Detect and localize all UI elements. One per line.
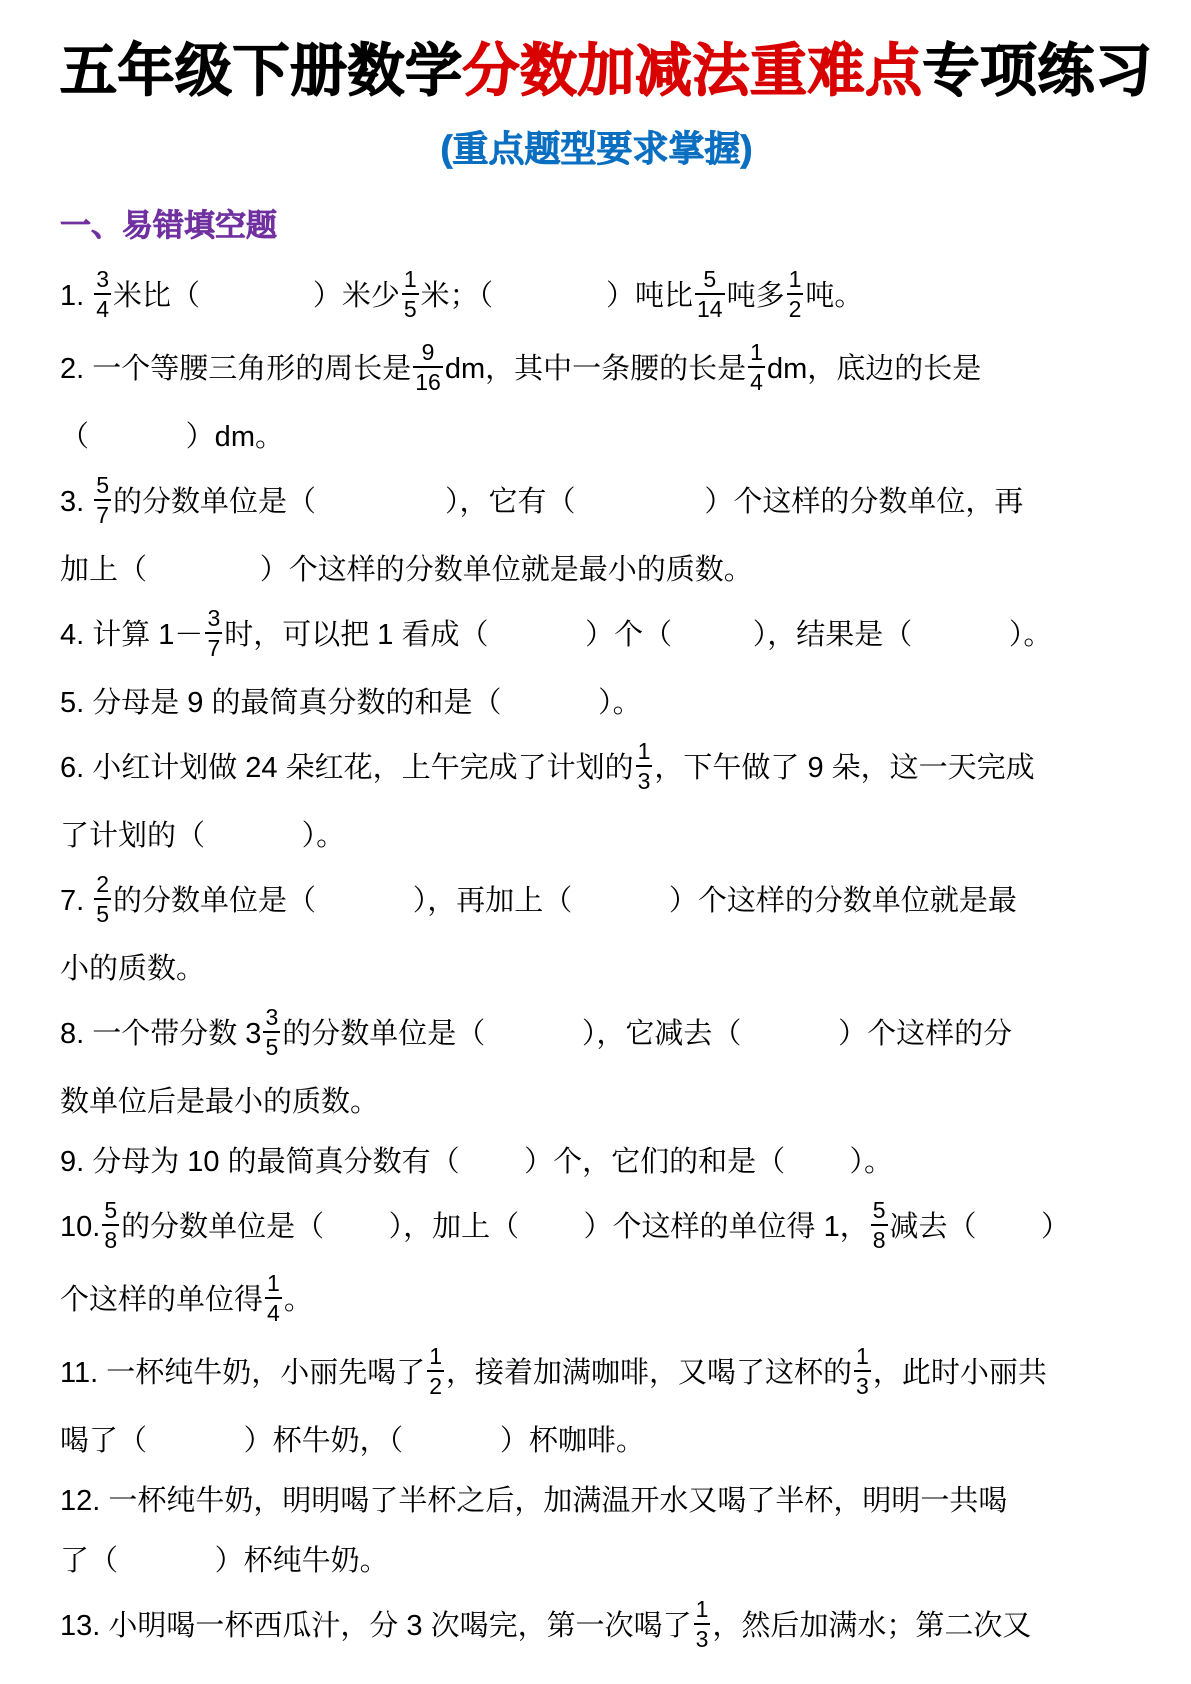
question-3-line-1: 3. 57的分数单位是（ ），它有（ ）个这样的分数单位，再 [60,477,1133,530]
fraction: 15 [402,268,419,321]
text-run: 5. 分母是 9 的最简真分数的和是（ ）。 [60,687,642,719]
fraction: 34 [94,268,111,321]
question-1-line-1: 1. 34米比（ ）米少15米；（ ）吨比514吨多12吨。 [60,271,1133,324]
page-subtitle: (重点题型要求掌握) [60,121,1133,172]
text-run: 的分数单位是（ ），加上（ ）个这样的单位得 1， [121,1211,869,1243]
question-10-line-2: 个这样的单位得14。 [60,1275,1133,1328]
fraction-numerator: 5 [871,1199,888,1224]
text-run: ，此时小丽共 [873,1357,1047,1389]
text-run: dm，底边的长是 [767,353,981,385]
question-8-line-2: 数单位后是最小的质数。 [60,1082,1133,1122]
fraction-denominator: 8 [102,1224,119,1252]
text-run: 的分数单位是（ ），再加上（ ）个这样的分数单位就是最 [113,885,1017,917]
fraction-denominator: 7 [205,632,222,660]
fraction-numerator: 1 [694,1598,711,1623]
fraction-numerator: 1 [787,268,804,293]
fraction-denominator: 7 [94,499,111,527]
text-run: 。 [284,1284,313,1316]
fraction: 57 [94,474,111,527]
fraction: 35 [263,1006,280,1059]
fraction-numerator: 3 [94,268,111,293]
question-7-line-1: 7. 25的分数单位是（ ），再加上（ ）个这样的分数单位就是最 [60,876,1133,929]
question-8-line-1: 8. 一个带分数 335的分数单位是（ ），它减去（ ）个这样的分 [60,1009,1133,1062]
text-run: 7. [60,885,92,917]
text-run: 12. 一杯纯牛奶，明明喝了半杯之后，加满温开水又喝了半杯，明明一共喝 [60,1485,1007,1517]
text-run: 11. 一杯纯牛奶，小丽先喝了 [60,1357,425,1389]
text-run: 小的质数。 [60,953,205,985]
text-run: 了（ ）杯纯牛奶。 [60,1545,389,1577]
title-part-left: 五年级下册数学 [60,39,463,103]
text-run: 3. [60,486,92,518]
question-2-line-2: （ ）dm。 [60,417,1133,457]
fraction: 37 [205,607,222,660]
fraction: 58 [871,1199,888,1252]
fraction-numerator: 1 [636,740,653,765]
fraction: 12 [427,1345,444,1398]
question-5-line-1: 5. 分母是 9 的最简真分数的和是（ ）。 [60,683,1133,723]
fraction-denominator: 3 [854,1370,871,1398]
fraction-denominator: 3 [694,1623,711,1651]
question-6-line-1: 6. 小红计划做 24 朵红花，上午完成了计划的13，下午做了 9 朵，这一天完… [60,743,1133,796]
fraction: 25 [94,873,111,926]
text-run: 数单位后是最小的质数。 [60,1086,379,1118]
fraction-numerator: 1 [402,268,419,293]
fraction: 58 [102,1199,119,1252]
text-run: ，接着加满咖啡，又喝了这杯的 [446,1357,852,1389]
fraction-denominator: 2 [787,293,804,321]
text-run: 米；（ ）吨比 [421,280,693,312]
fraction-numerator: 5 [701,268,718,293]
fraction-denominator: 5 [94,898,111,926]
fraction: 14 [265,1272,282,1325]
worksheet-page: 五年级下册数学分数加减法重难点专项练习 (重点题型要求掌握) 一、易错填空题 1… [0,0,1191,1654]
fraction-denominator: 5 [263,1031,280,1059]
question-7-line-2: 小的质数。 [60,949,1133,989]
question-10-line-1: 10.58的分数单位是（ ），加上（ ）个这样的单位得 1，58减去（ ） [60,1202,1133,1255]
text-run: 时，可以把 1 看成（ ）个（ ），结果是（ ）。 [224,619,1052,651]
text-run: ，然后加满水；第二次又 [712,1610,1031,1642]
text-run: 吨。 [805,280,863,312]
question-6-line-2: 了计划的（ ）。 [60,816,1133,856]
title-part-highlight: 分数加减法重难点 [463,39,923,103]
text-run: 的分数单位是（ ），它减去（ ）个这样的分 [282,1018,1012,1050]
question-12-line-1: 12. 一杯纯牛奶，明明喝了半杯之后，加满温开水又喝了半杯，明明一共喝 [60,1481,1133,1521]
question-11-line-2: 喝了（ ）杯牛奶，（ ）杯咖啡。 [60,1421,1133,1461]
text-run: ，下午做了 9 朵，这一天完成 [654,752,1034,784]
text-run: 加上（ ）个这样的分数单位就是最小的质数。 [60,554,753,586]
page-title: 五年级下册数学分数加减法重难点专项练习 [60,38,1133,105]
text-run: 4. 计算 1－ [60,619,203,651]
question-list: 1. 34米比（ ）米少15米；（ ）吨比514吨多12吨。2. 一个等腰三角形… [60,271,1133,1654]
text-run: 个这样的单位得 [60,1284,263,1316]
question-9-line-1: 9. 分母为 10 的最简真分数有（ ）个，它们的和是（ ）。 [60,1142,1133,1182]
question-13-line-1: 13. 小明喝一杯西瓜汁，分 3 次喝完，第一次喝了13，然后加满水；第二次又 [60,1601,1133,1654]
fraction: 13 [636,740,653,793]
fraction-denominator: 14 [695,293,725,321]
text-run: 1. [60,280,92,312]
fraction-denominator: 4 [265,1297,282,1325]
fraction-denominator: 5 [402,293,419,321]
question-11-line-1: 11. 一杯纯牛奶，小丽先喝了12，接着加满咖啡，又喝了这杯的13，此时小丽共 [60,1348,1133,1401]
fraction-numerator: 1 [265,1272,282,1297]
fraction-numerator: 3 [205,607,222,632]
fraction-numerator: 2 [94,873,111,898]
text-run: 10. [60,1211,100,1243]
text-run: 喝了（ ）杯牛奶，（ ）杯咖啡。 [60,1425,645,1457]
text-run: 8. 一个带分数 3 [60,1018,261,1050]
section-heading: 一、易错填空题 [60,200,1133,245]
text-run: 6. 小红计划做 24 朵红花，上午完成了计划的 [60,752,634,784]
fraction-denominator: 3 [636,765,653,793]
fraction-numerator: 5 [94,474,111,499]
fraction-denominator: 16 [413,366,443,394]
fraction-numerator: 5 [102,1199,119,1224]
fraction-numerator: 1 [854,1345,871,1370]
fraction-denominator: 8 [871,1224,888,1252]
fraction-numerator: 1 [427,1345,444,1370]
text-run: 的分数单位是（ ），它有（ ）个这样的分数单位，再 [113,486,1023,518]
fraction-denominator: 4 [748,366,765,394]
text-run: 13. 小明喝一杯西瓜汁，分 3 次喝完，第一次喝了 [60,1610,692,1642]
text-run: （ ）dm。 [60,421,284,453]
text-run: 米比（ ）米少 [113,280,400,312]
question-12-line-2: 了（ ）杯纯牛奶。 [60,1541,1133,1581]
fraction: 916 [413,341,443,394]
text-run: dm，其中一条腰的长是 [445,353,746,385]
fraction: 12 [787,268,804,321]
text-run: 了计划的（ ）。 [60,820,345,852]
fraction-numerator: 3 [263,1006,280,1031]
text-run: 吨多 [727,280,785,312]
text-run: 减去（ ） [890,1211,1070,1243]
text-run: 2. 一个等腰三角形的周长是 [60,353,411,385]
fraction-denominator: 2 [427,1370,444,1398]
question-4-line-1: 4. 计算 1－37时，可以把 1 看成（ ）个（ ），结果是（ ）。 [60,610,1133,663]
fraction-denominator: 4 [94,293,111,321]
fraction-numerator: 9 [420,341,437,366]
fraction: 514 [695,268,725,321]
question-2-line-1: 2. 一个等腰三角形的周长是916dm，其中一条腰的长是14dm，底边的长是 [60,344,1133,397]
text-run: 9. 分母为 10 的最简真分数有（ ）个，它们的和是（ ）。 [60,1146,893,1178]
title-part-right: 专项练习 [923,39,1153,103]
fraction: 14 [748,341,765,394]
question-3-line-2: 加上（ ）个这样的分数单位就是最小的质数。 [60,550,1133,590]
fraction: 13 [694,1598,711,1651]
fraction: 13 [854,1345,871,1398]
fraction-numerator: 1 [748,341,765,366]
